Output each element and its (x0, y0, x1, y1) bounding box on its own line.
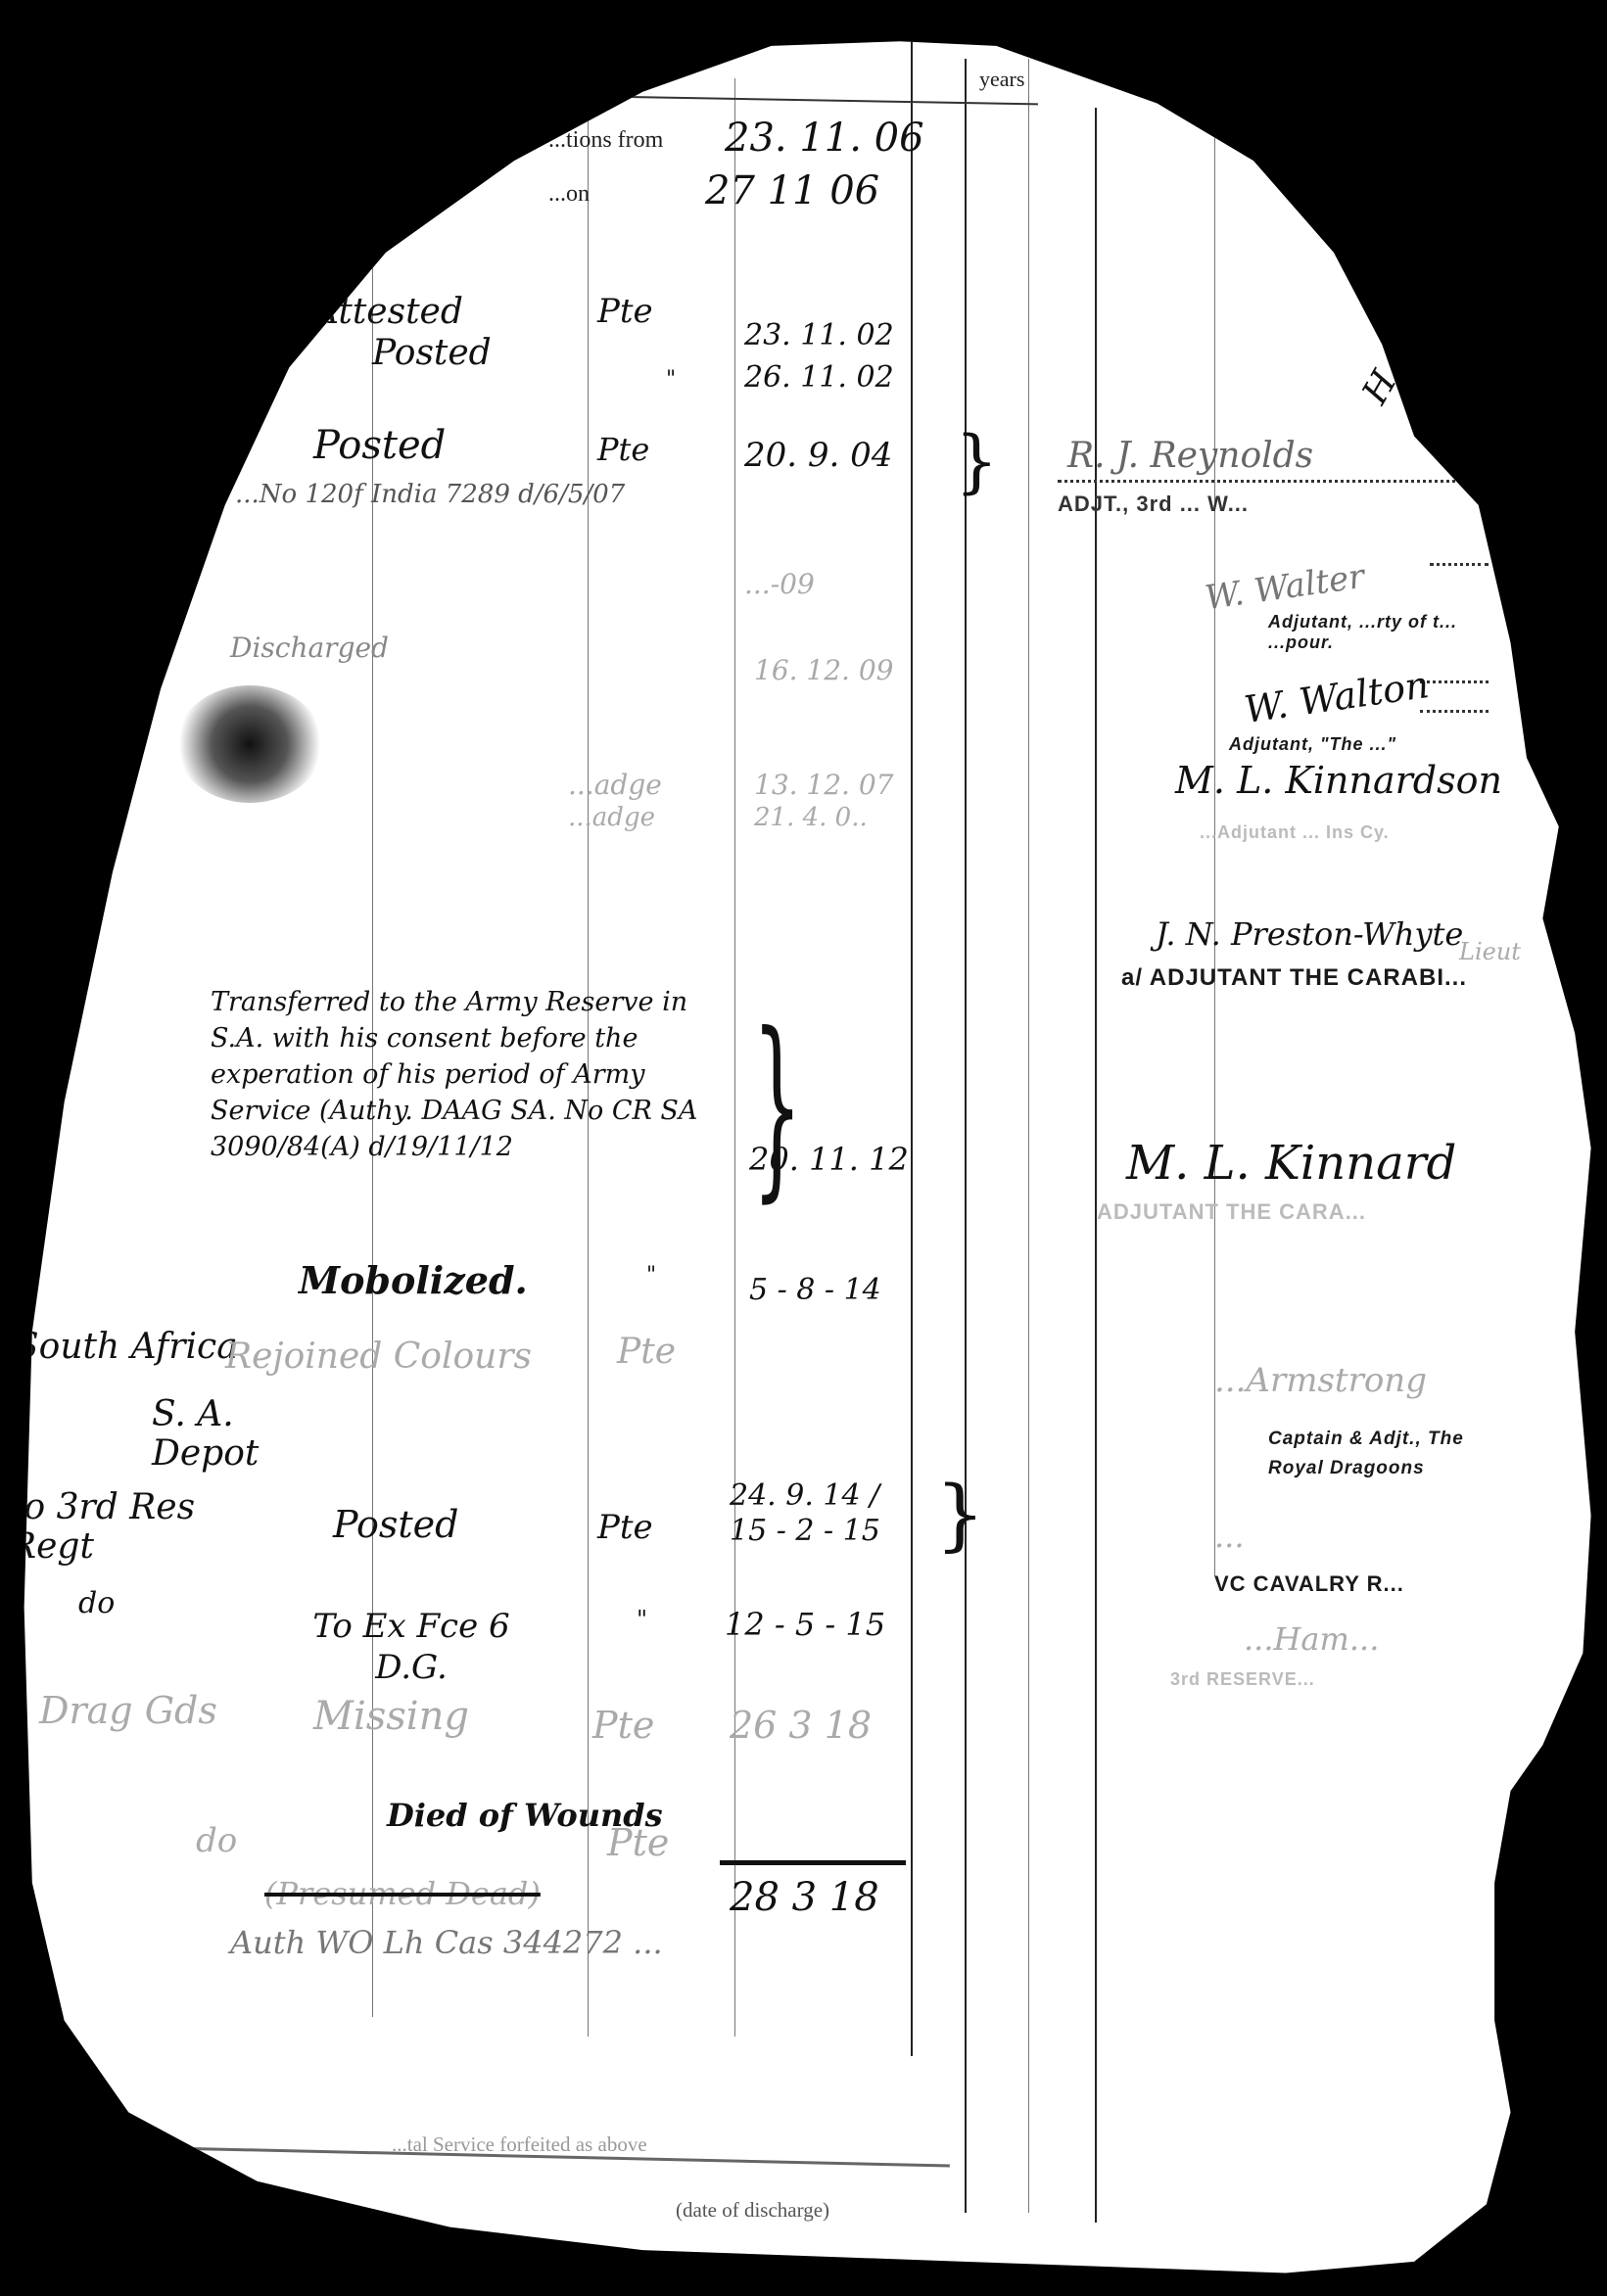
ink-blot (176, 685, 323, 803)
dotted-line (1420, 680, 1489, 683)
pension-label: Pension (304, 2232, 369, 2257)
entry-event: Rejoined Colours (225, 1336, 532, 1377)
column-rule (1095, 108, 1097, 2223)
dotted-line (1058, 480, 1469, 483)
entry-event: ...adge (568, 769, 662, 801)
date-on: 27 11 06 (705, 168, 879, 213)
dotted-line (1420, 710, 1489, 713)
entry-event: Mobolized. (299, 1258, 528, 1302)
date-from: 23. 11. 06 (725, 116, 924, 161)
signature: M. L. Kinnard (1126, 1136, 1456, 1191)
strike-line (720, 1860, 906, 1865)
entry-rank: Pte (592, 1704, 654, 1747)
entry-rank: " (646, 1263, 656, 1288)
stamp: 3rd RESERVE... (1170, 1669, 1315, 1690)
entry-date: 26 3 18 (730, 1704, 872, 1747)
entry-date: ...-09 (744, 568, 815, 600)
entry-event: Posted (372, 333, 492, 373)
entry-date: 20. 9. 04 (744, 436, 892, 475)
entry-note: ...No 120f India 7289 d/6/5/07 (235, 480, 625, 509)
stamp: ...Adjutant ... Ins Cy. (1200, 822, 1390, 843)
bracket: } (935, 1469, 985, 1560)
printed-on-label: ...on (548, 181, 590, 208)
stamp: Adjutant, "The ..." (1229, 734, 1396, 755)
signature: H. ... not ... (1355, 216, 1490, 410)
stamp: Captain & Adjt., The Royal Dragoons (1268, 1425, 1493, 1483)
column-rule (1028, 59, 1029, 2213)
entry-place: to 3rd Res Regt (10, 1488, 206, 1567)
struck-entry: (Presumed Dead) (264, 1875, 541, 1912)
stamp: ADJT., 3rd ... W... (1058, 492, 1249, 517)
stamp: ADJUTANT THE CARA... (1097, 1199, 1366, 1225)
entry-rank: " (637, 1606, 647, 1633)
signature: ...Ham... (1244, 1620, 1379, 1658)
signature: M. L. Kinnardson (1175, 759, 1502, 802)
entry-event: To Ex Fce 6 D.G. (299, 1606, 524, 1688)
entry-event: ...adge (568, 803, 655, 832)
rank-label: Lieut (1459, 938, 1521, 965)
entry-date: 20. 11. 12 (749, 1141, 909, 1178)
entry-event: Posted (333, 1503, 459, 1546)
column-rule (911, 39, 913, 2056)
entry-date: 24. 9. 14 / 15 - 2 - 15 (730, 1478, 925, 1549)
dotted-line (1430, 563, 1489, 566)
date-of-discharge-label: (date of discharge) (676, 2198, 829, 2223)
signature: R. J. Reynolds (1067, 436, 1313, 476)
entry-date: 12 - 5 - 15 (725, 1606, 885, 1643)
entry-date: 28 3 18 (730, 1875, 879, 1920)
entry-date: 13. 12. 07 (754, 769, 894, 801)
entry-place: do (196, 1821, 237, 1860)
entry-date: 21. 4. 0.. (754, 803, 868, 832)
footer-line-service: ...ervice towards ... (113, 2179, 269, 2203)
entry-date: 5 - 8 - 14 (749, 1273, 881, 1307)
entry-place: Drag Gds (39, 1689, 217, 1732)
signature: W. Walter (1203, 557, 1367, 618)
entry-place: South Africa (15, 1327, 238, 1367)
entry-date: 16. 12. 09 (754, 654, 894, 686)
document-page: years ...tions from ...on 23. 11. 06 27 … (0, 0, 1607, 2296)
entry-rank: Pte (597, 1508, 653, 1547)
entry-date: 23. 11. 02 (744, 318, 894, 352)
authority-note: Auth WO Lh Cas 344272 ... (230, 1924, 663, 1961)
entry-event: Missing (313, 1694, 469, 1739)
transfer-note: Transferred to the Army Reserve in S.A. … (211, 984, 720, 1165)
entry-event: Posted (313, 423, 446, 468)
entry-rank: Pte (607, 1821, 669, 1864)
entry-date: 26. 11. 02 (744, 360, 894, 395)
signature: J. N. Preston-Whyte (1156, 915, 1463, 953)
signature: ...Armstrong (1214, 1361, 1427, 1400)
entry-place: do (78, 1586, 115, 1620)
entry-event: Attested (313, 292, 463, 332)
header-rule (215, 89, 1038, 106)
stamp: Adjutant, ...rty of t... ...pour. (1268, 612, 1493, 653)
signature: ... (1214, 1518, 1245, 1555)
column-rule (965, 59, 967, 2213)
entry-rank: Pte (597, 292, 653, 331)
signature: W. Walton (1242, 663, 1432, 731)
entry-rank: Pte (597, 431, 649, 468)
stamp: VC CAVALRY R... (1214, 1571, 1404, 1597)
years-header: years (979, 67, 1024, 92)
entry-rank: " (666, 367, 676, 392)
entry-place: S. A. Depot (152, 1395, 299, 1474)
entry-rank: Pte (617, 1332, 676, 1372)
entry-event: Discharged (230, 632, 389, 664)
stamp: a/ ADJUTANT THE CARABI... (1121, 964, 1467, 992)
printed-from-label: ...tions from (548, 127, 663, 154)
bracket: } (955, 421, 999, 501)
